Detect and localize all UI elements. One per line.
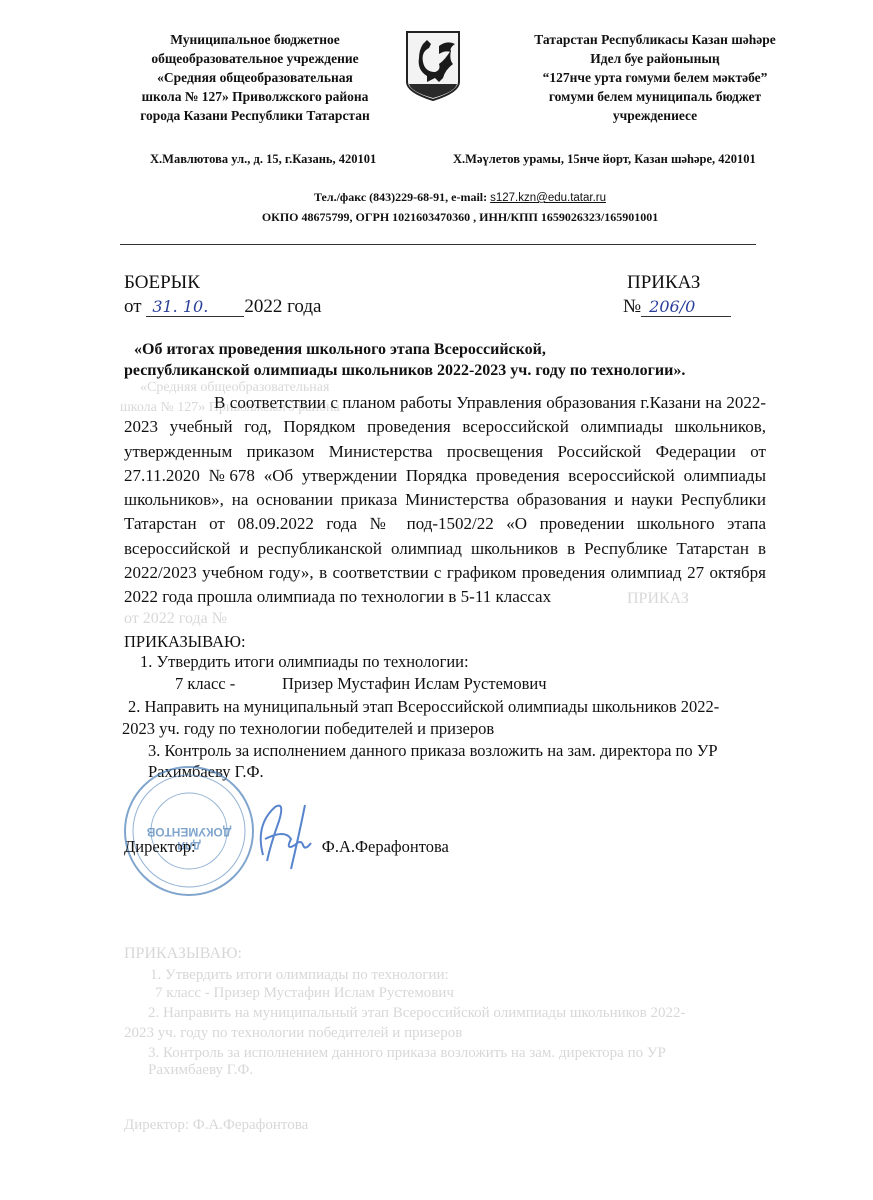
letterhead-line: города Казани Республики Татарстан — [110, 106, 400, 125]
signer-name: Ф.А.Ферафонтова — [322, 837, 449, 856]
letterhead-line: Муниципальное бюджетное — [110, 30, 400, 49]
grade-label: 7 класс - — [175, 674, 235, 694]
round-seal-stamp-icon: ДОКУМЕНТОВ ДЛЯ — [122, 764, 256, 898]
bleed-through-text: 2. Направить на муниципальный этап Всеро… — [148, 1005, 686, 1022]
handwritten-date: 31. 10. — [146, 297, 244, 317]
document-number: №206/0 — [623, 296, 731, 318]
phone-fax: Тел./факс (843)229-68-91, e-mail: — [314, 190, 490, 204]
letterhead-line: Татарстан Республикасы Казан шәһәре — [490, 30, 820, 49]
letterhead-line: учреждениесе — [490, 106, 820, 125]
order-item-3: 3. Контроль за исполнением данного прика… — [148, 741, 718, 761]
letterhead-line: «Средняя общеобразовательная — [110, 68, 400, 87]
contact-block: Тел./факс (843)229-68-91, e-mail: s127.k… — [120, 188, 800, 227]
document-title: «Об итогах проведения школьного этапа Вс… — [124, 339, 685, 381]
bleed-through-text: 2023 уч. году по технологии победителей … — [124, 1025, 462, 1042]
signer-title: Директор: — [124, 837, 196, 856]
bleed-through-text: 7 класс - Призер Мустафин Ислам Рустемов… — [155, 985, 454, 1002]
kazan-coat-of-arms-icon — [405, 30, 461, 102]
bleed-through-text: Рахимбаеву Г.Ф. — [148, 1062, 253, 1079]
letterhead-line: школа № 127» Приволжского района — [110, 87, 400, 106]
letterhead-right-tatar: Татарстан Республикасы Казан шәһәре Идел… — [490, 30, 820, 125]
letterhead-line: Идел буе районының — [490, 49, 820, 68]
order-item-2: 2. Направить на муниципальный этап Всеро… — [128, 697, 719, 717]
header-divider — [120, 244, 756, 245]
document-date: от 31. 10.2022 года — [124, 296, 321, 318]
letterhead-line: общеобразовательное учреждение — [110, 49, 400, 68]
email-link[interactable]: s127.kzn@edu.tatar.ru — [490, 192, 606, 204]
signature-line: Директор: Ф.А.Ферафонтова — [124, 837, 449, 857]
registry-codes: ОКПО 48675799, ОГРН 1021603470360 , ИНН/… — [120, 208, 800, 227]
doc-type-tatar: БОЕРЫК — [124, 272, 200, 294]
handwritten-signature-icon — [245, 795, 325, 875]
order-item-2-cont: 2023 уч. году по технологии победителей … — [122, 719, 494, 739]
bleed-through-text: 3. Контроль за исполнением данного прика… — [148, 1045, 666, 1062]
bleed-through-text: от 2022 года № — [124, 610, 227, 628]
bleed-through-text: 1. Утвердить итоги олимпиады по технолог… — [150, 967, 449, 984]
winner-result: Призер Мустафин Ислам Рустемович — [282, 674, 547, 694]
address-russian: Х.Мавлютова ул., д. 15, г.Казань, 420101 — [150, 152, 376, 167]
letterhead-line: гомуми белем муниципаль бюджет — [490, 87, 820, 106]
letterhead-line: “127нче урта гомуми белем мәктәбе” — [490, 68, 820, 87]
letterhead-left-russian: Муниципальное бюджетное общеобразователь… — [110, 30, 400, 125]
address-tatar: Х.Мәүлетов урамы, 15нче йорт, Казан шәһә… — [453, 152, 756, 167]
doc-type-russian: ПРИКАЗ — [627, 272, 700, 294]
bleed-through-text: Директор: Ф.А.Ферафонтова — [124, 1117, 308, 1134]
document-body: В соответствии с планом работы Управлени… — [124, 391, 766, 610]
order-item-1: 1. Утвердить итоги олимпиады по технолог… — [140, 652, 469, 672]
order-heading: ПРИКАЗЫВАЮ: — [124, 632, 246, 652]
bleed-through-text: ПРИКАЗЫВАЮ: — [124, 945, 242, 963]
handwritten-number: 206/0 — [641, 297, 731, 317]
